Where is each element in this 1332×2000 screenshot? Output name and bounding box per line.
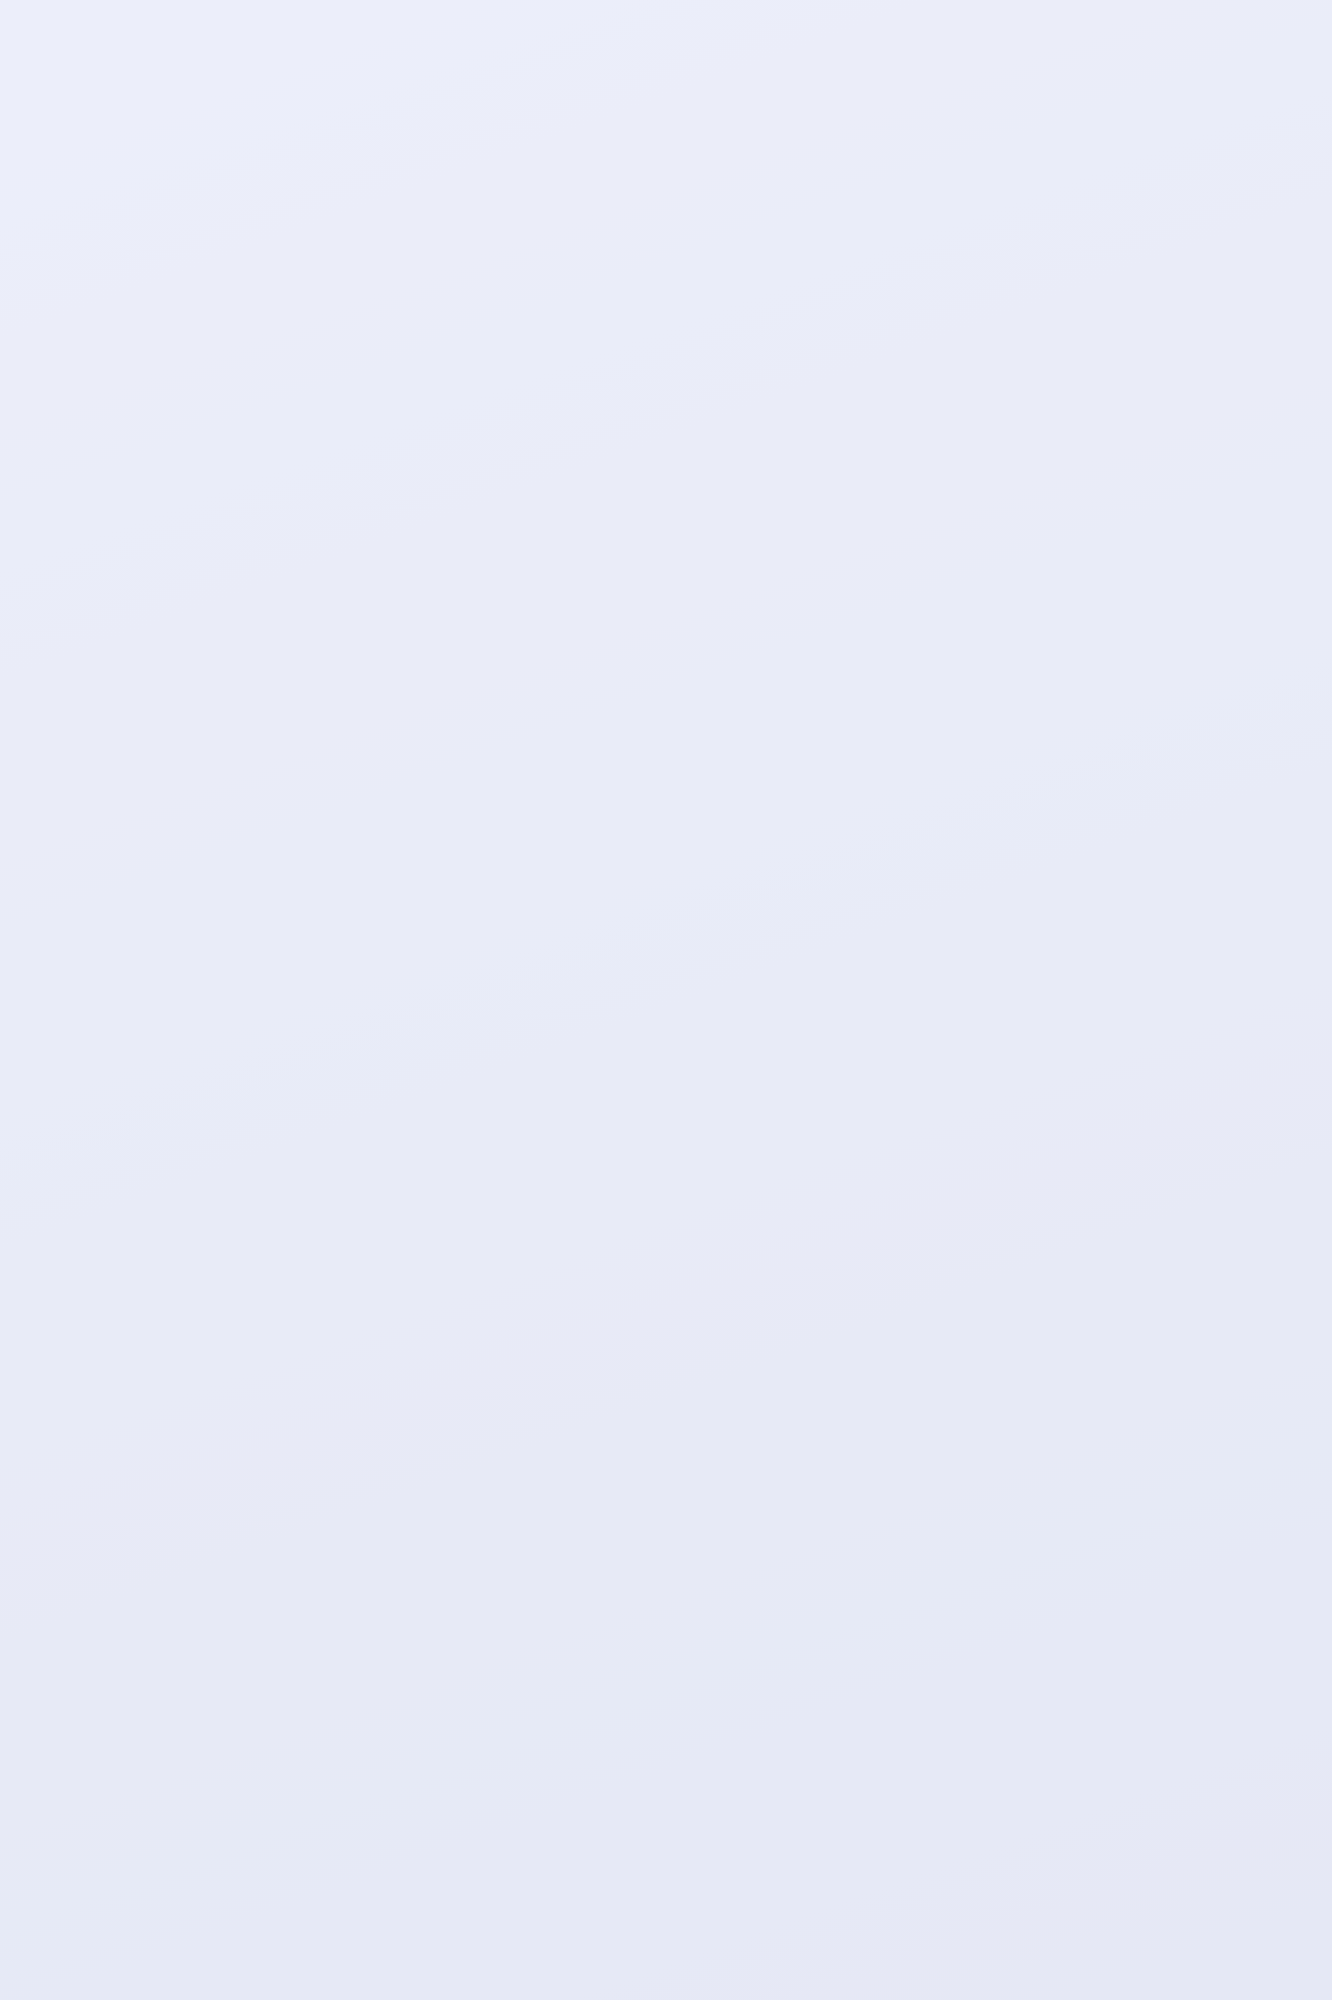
manuscript-page-art xyxy=(0,0,1332,2000)
manuscript-scan xyxy=(0,0,1332,2000)
